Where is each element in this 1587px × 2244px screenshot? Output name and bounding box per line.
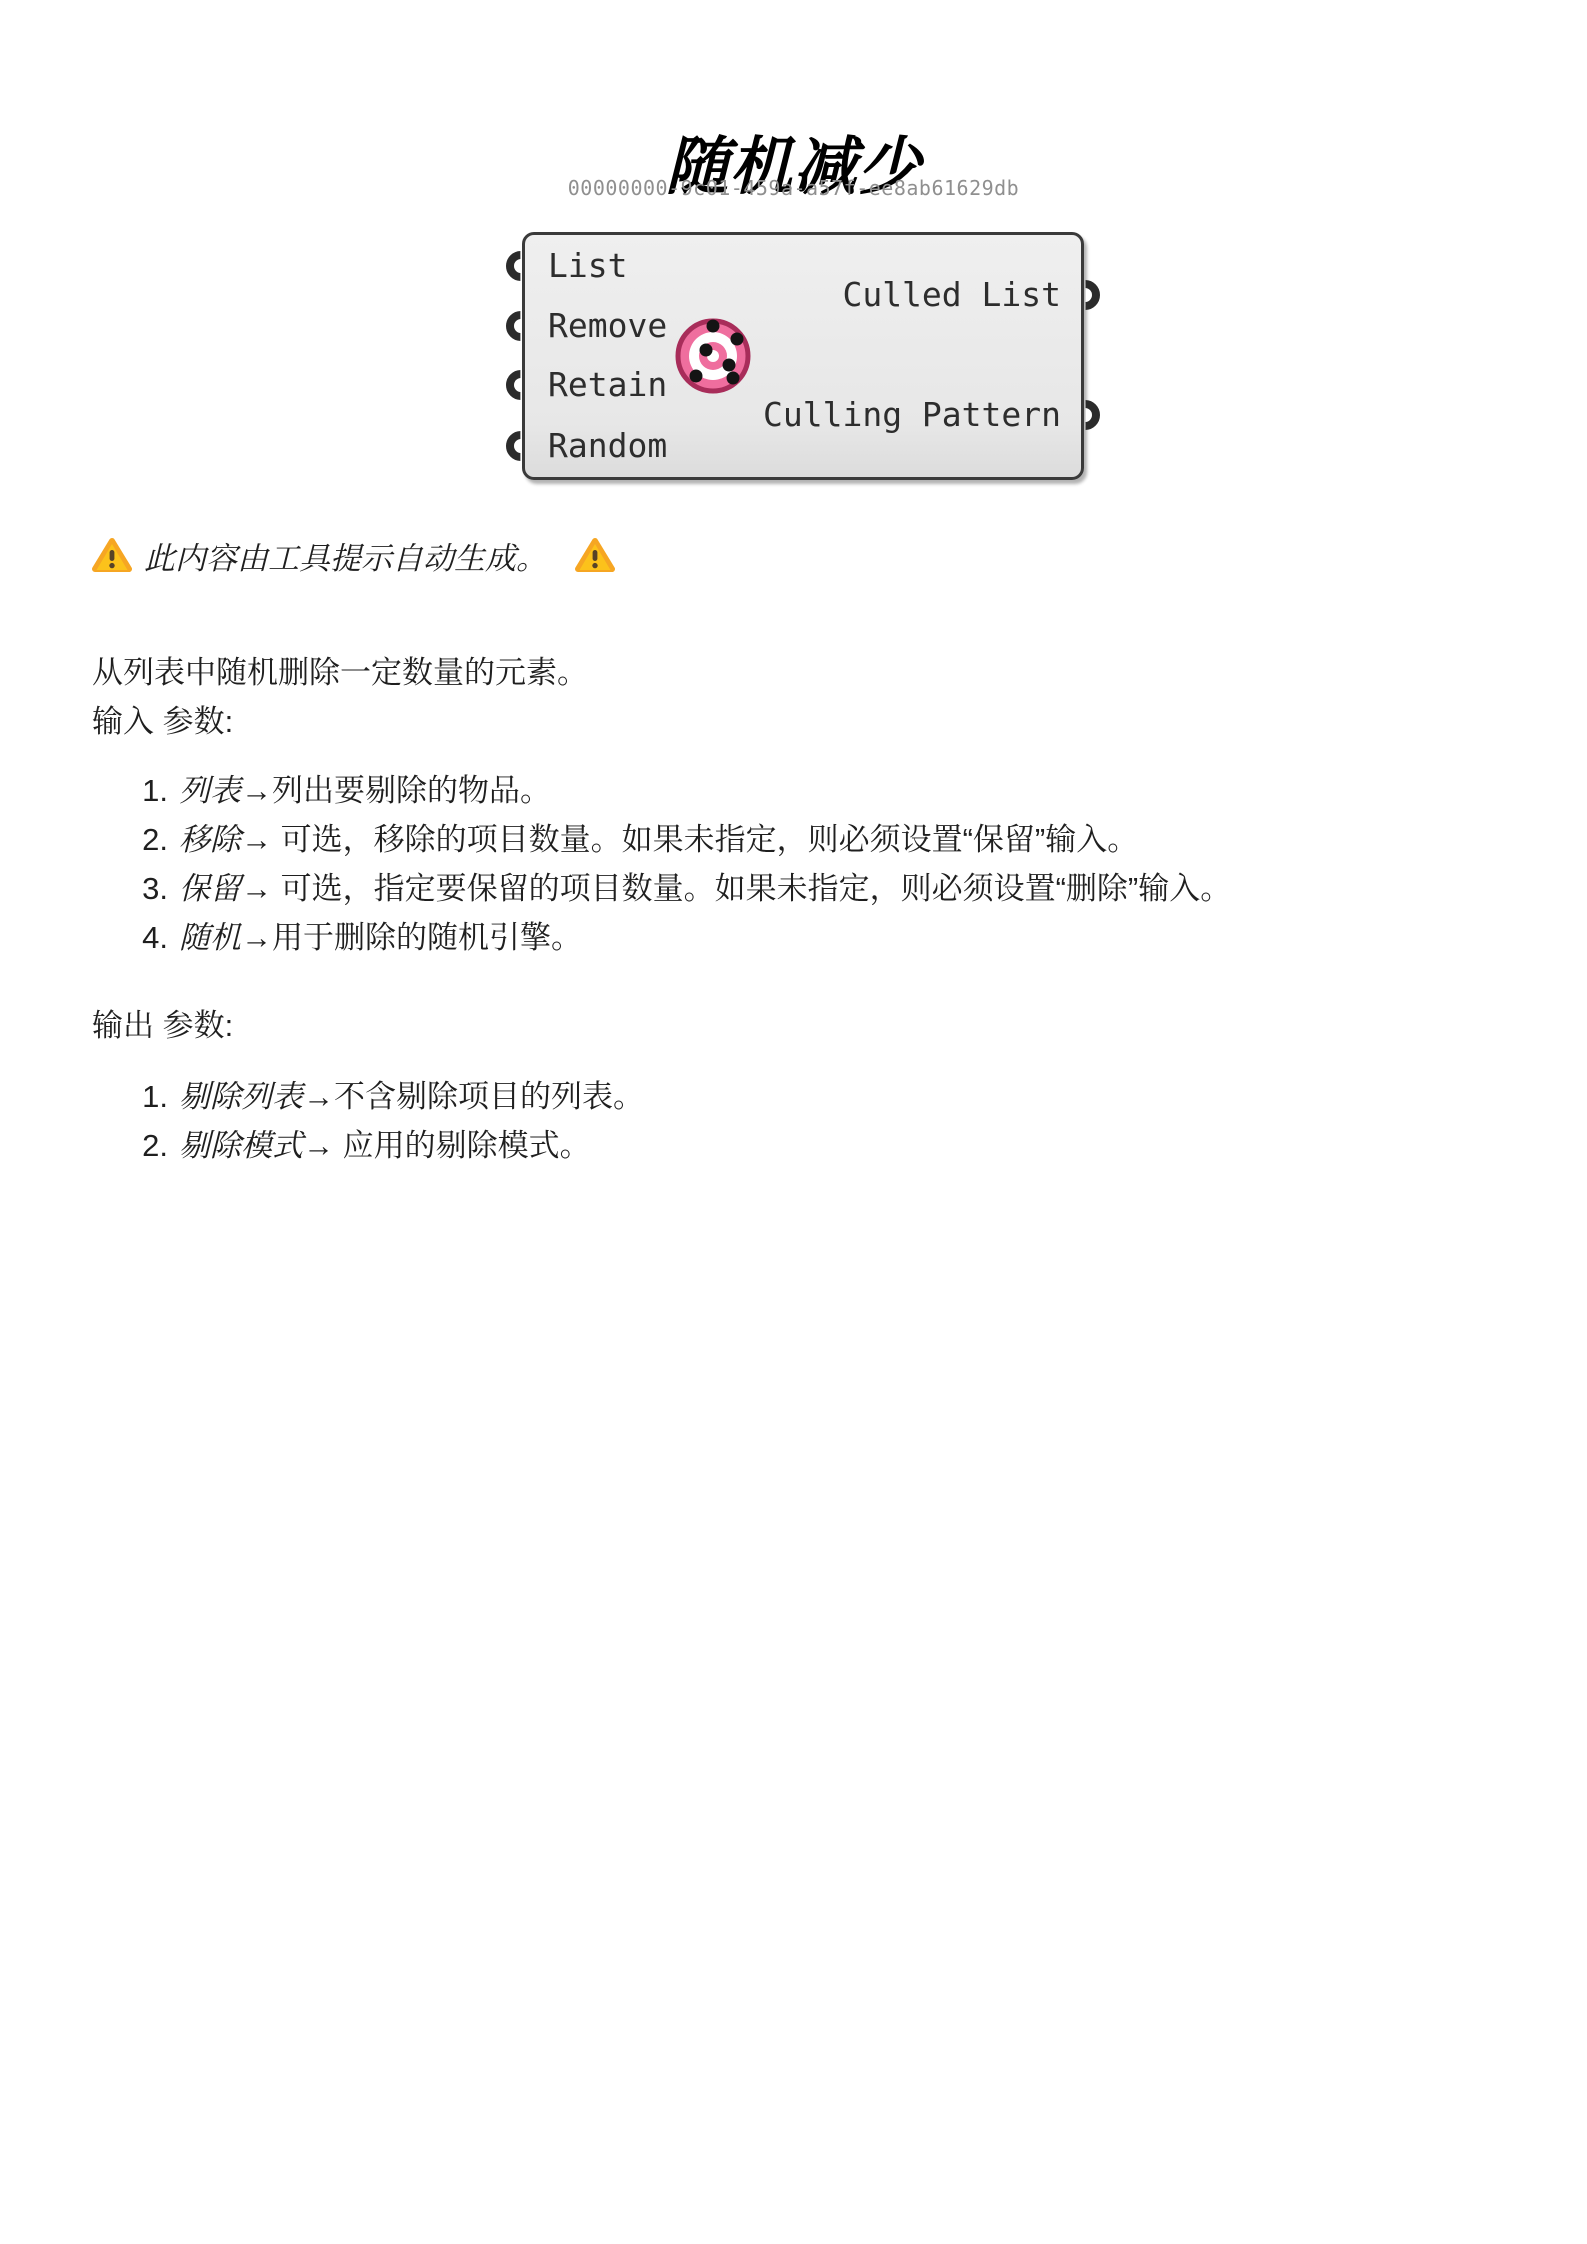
param-description: →列出要剔除的物品。 <box>241 773 551 808</box>
input-grip-list <box>506 251 536 281</box>
item-text: 随机→用于删除的随机引擎。 <box>179 913 582 962</box>
warning-icon <box>92 537 132 575</box>
inputs-heading: 输入 参数: <box>92 696 233 741</box>
item-number: 2. <box>98 815 168 864</box>
param-description: →用于删除的随机引擎。 <box>241 920 582 955</box>
list-item: 2. 剔除模式→ 应用的剔除模式。 <box>98 1121 644 1170</box>
outputs-list: 1. 剔除列表→不含剔除项目的列表。 2. 剔除模式→ 应用的剔除模式。 <box>98 1072 644 1170</box>
item-text: 列表→列出要剔除的物品。 <box>179 766 551 815</box>
item-text: 保留→ 可选，指定要保留的项目数量。如果未指定，则必须设置“删除”输入。 <box>179 864 1231 913</box>
list-item: 1. 剔除列表→不含剔除项目的列表。 <box>98 1072 644 1121</box>
documentation-page: { "page": { "title": "随机减少", "guid": "00… <box>0 0 1587 2244</box>
item-text: 剔除模式→ 应用的剔除模式。 <box>179 1121 591 1170</box>
input-label-remove: Remove <box>548 306 667 346</box>
param-name: 移除 <box>179 822 241 857</box>
inputs-list: 1. 列表→列出要剔除的物品。 2. 移除→ 可选，移除的项目数量。如果未指定，… <box>98 766 1231 962</box>
param-description: →不含剔除项目的列表。 <box>303 1079 644 1114</box>
input-label-retain: Retain <box>548 365 667 405</box>
random-reduce-icon <box>673 316 753 396</box>
item-number: 1. <box>98 1072 168 1121</box>
param-name: 保留 <box>179 871 241 906</box>
param-name: 随机 <box>179 920 241 955</box>
input-grip-remove <box>506 311 536 341</box>
component-description: 从列表中随机删除一定数量的元素。 <box>92 647 588 692</box>
item-number: 4. <box>98 913 168 962</box>
component-guid: 00000000-9c01-459a-a57f-ee8ab61629db <box>0 176 1587 200</box>
item-number: 2. <box>98 1121 168 1170</box>
output-label-culling-pattern: Culling Pattern <box>763 395 1061 435</box>
item-text: 移除→ 可选，移除的项目数量。如果未指定，则必须设置“保留”输入。 <box>179 815 1138 864</box>
output-grip-culling-pattern <box>1070 400 1100 430</box>
item-number: 1. <box>98 766 168 815</box>
param-description: → 应用的剔除模式。 <box>303 1128 591 1163</box>
input-label-list: List <box>548 246 627 286</box>
warning-text: 此内容由工具提示自动生成。 <box>144 533 547 578</box>
list-item: 3. 保留→ 可选，指定要保留的项目数量。如果未指定，则必须设置“删除”输入。 <box>98 864 1231 913</box>
param-description: → 可选，指定要保留的项目数量。如果未指定，则必须设置“删除”输入。 <box>241 871 1231 906</box>
list-item: 4. 随机→用于删除的随机引擎。 <box>98 913 1231 962</box>
input-grip-retain <box>506 370 536 400</box>
item-text: 剔除列表→不含剔除项目的列表。 <box>179 1072 644 1121</box>
input-label-random: Random <box>548 426 667 466</box>
output-grip-culled-list <box>1070 280 1100 310</box>
auto-generated-warning: 此内容由工具提示自动生成。 <box>92 533 615 578</box>
output-label-culled-list: Culled List <box>842 275 1061 315</box>
input-grip-random <box>506 431 536 461</box>
param-description: → 可选，移除的项目数量。如果未指定，则必须设置“保留”输入。 <box>241 822 1138 857</box>
param-name: 剔除列表 <box>179 1079 303 1114</box>
outputs-heading: 输出 参数: <box>92 1000 233 1045</box>
grasshopper-component: List Remove Retain Random Culled List Cu… <box>522 232 1084 480</box>
warning-icon <box>575 537 615 575</box>
item-number: 3. <box>98 864 168 913</box>
param-name: 剔除模式 <box>179 1128 303 1163</box>
list-item: 1. 列表→列出要剔除的物品。 <box>98 766 1231 815</box>
param-name: 列表 <box>179 773 241 808</box>
list-item: 2. 移除→ 可选，移除的项目数量。如果未指定，则必须设置“保留”输入。 <box>98 815 1231 864</box>
